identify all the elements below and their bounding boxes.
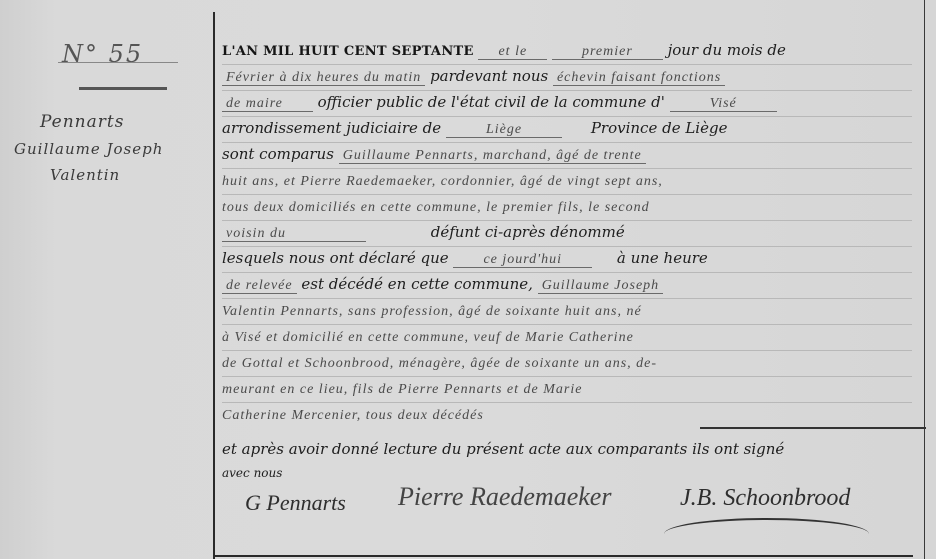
printed-text: arrondissement judiciaire de <box>222 119 441 137</box>
body-line-6: huit ans, et Pierre Raedemaeker, cordonn… <box>222 168 912 195</box>
handwritten-deceased-details: de Gottal et Schoonbrood, ménagère, âgée… <box>222 356 657 371</box>
body-line-3: de maire officier public de l'état civil… <box>222 90 912 117</box>
signature-declarant-2: Pierre Raedemaeker <box>398 482 611 512</box>
handwritten-arrondissement: Liège <box>446 122 562 138</box>
handwritten-deceased-name: Guillaume Joseph <box>538 278 663 294</box>
signature-officer: J.B. Schoonbrood <box>680 485 850 512</box>
printed-text: officier public de l'état civil de la co… <box>318 93 665 111</box>
signature-flourish <box>664 518 869 534</box>
handwritten-relation: voisin du <box>222 226 366 242</box>
printed-text: jour du mois de <box>668 41 786 59</box>
handwritten-deceased-details: Valentin Pennarts, sans profession, âgé … <box>222 304 642 319</box>
right-rule <box>924 0 925 559</box>
end-of-text-rule <box>700 427 926 429</box>
handwritten-day: premier <box>552 44 663 60</box>
margin-given-names-cont: Valentin <box>50 166 120 184</box>
printed-text: défunt ci-après dénommé <box>431 223 625 241</box>
bottom-rule <box>213 555 913 557</box>
body-line-7: tous deux domiciliés en cette commune, l… <box>222 194 912 221</box>
act-number: N° 55 <box>62 40 143 68</box>
printed-text: pardevant nous <box>430 67 548 85</box>
body-line-14: meurant en ce lieu, fils de Pierre Penna… <box>222 376 912 403</box>
handwritten-month-time: Février à dix heures du matin <box>222 70 425 86</box>
handwritten-officer-title: échevin faisant fonctions <box>553 70 725 86</box>
body-line-8: voisin du défunt ci-après dénommé <box>222 220 912 247</box>
body-line-13: de Gottal et Schoonbrood, ménagère, âgée… <box>222 350 912 377</box>
handwritten-parents-cont: Catherine Mercenier, tous deux décédés <box>222 408 484 423</box>
handwritten-declarants-cont: huit ans, et Pierre Raedemaeker, cordonn… <box>222 174 663 189</box>
body-line-5: sont comparus Guillaume Pennarts, marcha… <box>222 142 912 169</box>
body-line-11: Valentin Pennarts, sans profession, âgé … <box>222 298 912 325</box>
handwritten-entry: et le <box>478 44 547 60</box>
handwritten-time: de relevée <box>222 278 297 294</box>
margin-surname: Pennarts <box>40 112 124 132</box>
left-rule <box>213 12 215 559</box>
margin-divider <box>79 87 167 90</box>
handwritten-declarants-cont: tous deux domiciliés en cette commune, l… <box>222 200 650 215</box>
handwritten-commune: Visé <box>670 96 777 112</box>
body-line-4: arrondissement judiciaire de Liège Provi… <box>222 116 912 143</box>
handwritten-officer-title-cont: de maire <box>222 96 313 112</box>
printed-province: Province de Liège <box>591 119 728 137</box>
margin-column: N° 55 Pennarts Guillaume Joseph Valentin <box>0 0 214 559</box>
body-line-10: de relevée est décédé en cette commune, … <box>222 272 912 299</box>
document-page: N° 55 Pennarts Guillaume Joseph Valentin… <box>0 0 936 559</box>
closing-formula-cont: avec nous <box>222 466 282 480</box>
printed-text: lesquels nous ont déclaré que <box>222 249 449 267</box>
margin-given-names: Guillaume Joseph <box>14 140 163 158</box>
signature-declarant-1: G Pennarts <box>245 490 346 516</box>
handwritten-date: ce jourd'hui <box>453 252 592 268</box>
act-number-underline <box>58 62 178 63</box>
body-line-1: L'AN MIL HUIT CENT SEPTANTE et le premie… <box>222 38 912 65</box>
body-line-9: lesquels nous ont déclaré que ce jourd'h… <box>222 246 912 273</box>
handwritten-deceased-details: à Visé et domicilié en cette commune, ve… <box>222 330 634 345</box>
printed-year-heading: L'AN MIL HUIT CENT SEPTANTE <box>222 44 474 59</box>
printed-text: à une heure <box>617 249 708 267</box>
printed-text: sont comparus <box>222 145 334 163</box>
printed-text: est décédé en cette commune, <box>301 275 533 293</box>
body-line-2: Février à dix heures du matin pardevant … <box>222 64 912 91</box>
handwritten-declarants: Guillaume Pennarts, marchand, âgé de tre… <box>339 148 646 164</box>
handwritten-parents: meurant en ce lieu, fils de Pierre Penna… <box>222 382 582 397</box>
closing-formula: et après avoir donné lecture du présent … <box>222 440 784 458</box>
body-line-12: à Visé et domicilié en cette commune, ve… <box>222 324 912 351</box>
body-line-15: Catherine Mercenier, tous deux décédés <box>222 402 692 428</box>
